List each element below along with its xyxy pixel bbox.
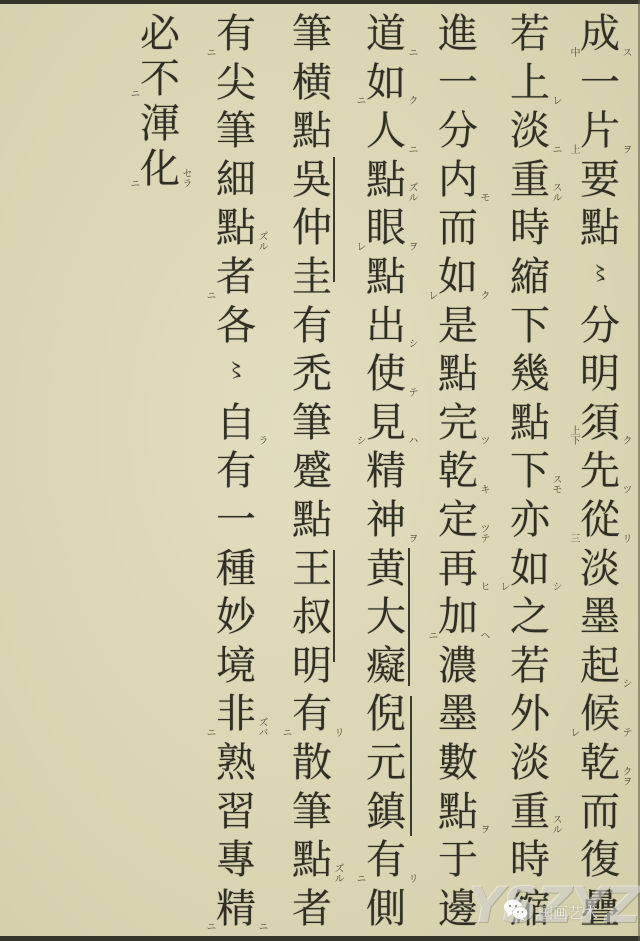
- glyph: 出: [366, 303, 406, 349]
- kana-annotation-right: ズバ: [256, 717, 267, 737]
- character: 筆: [284, 10, 340, 59]
- glyph: 淡: [510, 108, 550, 154]
- character: 一: [430, 59, 486, 108]
- glyph: 各: [216, 303, 256, 349]
- glyph: 是: [438, 303, 478, 349]
- character: 點: [572, 204, 628, 253]
- character: 淡: [572, 545, 628, 594]
- kana-annotation-left: 中: [568, 47, 579, 57]
- glyph: 分: [580, 303, 620, 349]
- character: 縮: [502, 253, 558, 302]
- kana-annotation-right: スモ: [550, 474, 561, 494]
- glyph: 一: [580, 60, 620, 106]
- glyph: 眼: [366, 205, 406, 251]
- character: 有リニ: [284, 690, 340, 739]
- character: 下: [502, 302, 558, 351]
- kana-annotation-right: ス: [620, 47, 631, 57]
- glyph: 如: [438, 254, 478, 300]
- glyph: 若: [510, 11, 550, 57]
- glyph: 點: [438, 789, 478, 835]
- glyph: 點: [438, 351, 478, 397]
- watermark-label: 国画艺术: [538, 902, 598, 923]
- kana-annotation-right: ヲ: [406, 241, 417, 251]
- glyph: 若: [510, 643, 550, 689]
- glyph: 叔: [292, 594, 332, 640]
- glyph: 濃: [438, 643, 478, 689]
- character: 點: [358, 253, 414, 302]
- character: 而: [572, 788, 628, 837]
- glyph: 起: [580, 643, 620, 689]
- character: 癡: [358, 642, 414, 691]
- kana-annotation-right: ズル: [406, 182, 417, 202]
- character: 點: [284, 496, 340, 545]
- glyph: 從: [580, 497, 620, 543]
- kana-annotation-right: シ: [406, 338, 417, 348]
- glyph: 點: [292, 837, 332, 883]
- kana-annotation-right: ク: [478, 290, 489, 300]
- glyph: 有: [292, 691, 332, 737]
- character: 要: [572, 156, 628, 205]
- character: 境: [208, 642, 264, 691]
- glyph: 點: [292, 108, 332, 154]
- kana-annotation-left: ニ: [426, 630, 437, 640]
- glyph: 點: [366, 254, 406, 300]
- character: 重スル: [502, 788, 558, 837]
- character: 圭: [284, 253, 340, 302]
- glyph: 有: [216, 448, 256, 494]
- character: 如シレ: [502, 545, 558, 594]
- kana-annotation-right: スル: [550, 182, 561, 202]
- character: 出シ: [358, 302, 414, 351]
- character: 點ズル: [284, 836, 340, 885]
- character: 内モ: [430, 156, 486, 205]
- character: 神ヲ: [358, 496, 414, 545]
- kana-annotation-left: レ: [498, 581, 509, 591]
- glyph: 明: [292, 643, 332, 689]
- glyph: 完: [438, 400, 478, 446]
- character: 淡: [502, 739, 558, 788]
- glyph: 蹙: [292, 448, 332, 494]
- glyph: 側: [366, 886, 406, 932]
- glyph: 縮: [510, 254, 550, 300]
- kana-annotation-left: ニ: [204, 727, 215, 737]
- glyph: 筆: [292, 789, 332, 835]
- glyph: 禿: [292, 351, 332, 397]
- kana-annotation-left: ニ: [204, 290, 215, 300]
- glyph: 尖: [216, 60, 256, 106]
- character: 起シ: [572, 642, 628, 691]
- kana-annotation-right: ク: [620, 435, 631, 445]
- character: 筆: [208, 107, 264, 156]
- character: 叔: [284, 593, 340, 642]
- glyph: 圭: [292, 254, 332, 300]
- glyph: 數: [438, 740, 478, 786]
- character: 熟: [208, 739, 264, 788]
- character: 點: [430, 350, 486, 399]
- character: 數: [430, 739, 486, 788]
- character: 片ヲ上: [572, 107, 628, 156]
- character: 渾: [132, 100, 188, 145]
- character: 道ニ: [358, 10, 414, 59]
- iteration-mark: 〻: [208, 350, 264, 399]
- character: 使テ: [358, 350, 414, 399]
- kana-annotation-right: ズル: [332, 863, 343, 883]
- glyph: 内: [438, 157, 478, 203]
- kana-annotation-right: ニ: [406, 47, 417, 57]
- kana-annotation-left: 三: [568, 533, 579, 543]
- character: 尖: [208, 59, 264, 108]
- glyph: 一: [438, 60, 478, 106]
- character: 側: [358, 885, 414, 934]
- text-column-1: 成ス中 一 片ヲ上 要 點 〻 分 明 須ク上下 先ツ 從リ三 淡 墨 起シ 候…: [572, 10, 628, 933]
- character: 散: [284, 739, 340, 788]
- kana-annotation-left: ニ: [280, 727, 291, 737]
- kana-annotation-right: ツ: [478, 435, 489, 445]
- glyph: 〻: [590, 261, 610, 285]
- kana-annotation-left: 上: [568, 144, 579, 154]
- character: 點ズル: [208, 204, 264, 253]
- glyph: 片: [580, 108, 620, 154]
- bottom-border-rule: [0, 936, 640, 941]
- character: 加ヘニ: [430, 593, 486, 642]
- glyph: 定: [438, 497, 478, 543]
- character: 不ニ: [132, 55, 188, 100]
- character: 幾: [502, 350, 558, 399]
- text-column-2: 若 上レ 淡ニ 重スル 時 縮 下 幾 點 下スモ 亦 如シレ 之 若 外 淡 …: [502, 10, 558, 933]
- kana-annotation-left: ニ: [128, 88, 139, 98]
- character: 如クレ: [430, 253, 486, 302]
- kana-annotation-right: モ: [478, 192, 489, 202]
- kana-annotation-right: ニ: [550, 144, 561, 154]
- glyph: 熟: [216, 740, 256, 786]
- kana-annotation-right: テ: [406, 387, 417, 397]
- glyph: 使: [366, 351, 406, 397]
- glyph: 化: [140, 146, 180, 192]
- character: 外: [502, 690, 558, 739]
- character: 倪: [358, 690, 414, 739]
- glyph: 點: [292, 497, 332, 543]
- glyph: 癡: [366, 643, 406, 689]
- character: 見ハシ: [358, 399, 414, 448]
- character: 筆: [284, 399, 340, 448]
- glyph: 一: [216, 497, 256, 543]
- kana-annotation-right: テ: [620, 727, 631, 737]
- glyph: 散: [292, 740, 332, 786]
- kana-annotation-left: ニ: [128, 178, 139, 188]
- glyph: 神: [366, 497, 406, 543]
- glyph: 〻: [226, 358, 246, 382]
- kana-annotation-right: ヲ: [478, 824, 489, 834]
- glyph: 境: [216, 643, 256, 689]
- glyph: 筆: [216, 108, 256, 154]
- kana-annotation-right: ヘ: [478, 630, 489, 640]
- character: 一: [208, 496, 264, 545]
- character: 有: [284, 302, 340, 351]
- character: 乾キ: [430, 447, 486, 496]
- text-column-7: 必 不ニ 渾 化セラニ: [132, 10, 188, 190]
- character: 時: [502, 204, 558, 253]
- character: 墨: [430, 690, 486, 739]
- proper-name-line-huang-dachi: [408, 548, 410, 686]
- kana-annotation-right: ツテ: [478, 523, 489, 543]
- character: 大: [358, 593, 414, 642]
- glyph: 點: [580, 205, 620, 251]
- character: 乾クヲ: [572, 739, 628, 788]
- character: 候テレ: [572, 690, 628, 739]
- character: 非ズバニ: [208, 690, 264, 739]
- text-column-4: 道ニ 如クニ 人ニ 點ズル 眼ヲレ 點 出シ 使テ 見ハシ 精 神ヲ 黄 大 癡…: [358, 10, 414, 933]
- text-column-5: 筆 横 點 吳 仲 圭 有 禿 筆 蹙 點 王 叔 明 有リニ 散 筆 點ズル …: [284, 10, 340, 933]
- character: 細: [208, 156, 264, 205]
- kana-annotation-right: リ: [406, 873, 417, 883]
- glyph: 點: [216, 205, 256, 251]
- glyph: 大: [366, 594, 406, 640]
- glyph: 倪: [366, 691, 406, 737]
- glyph: 渾: [140, 101, 180, 147]
- glyph: 元: [366, 740, 406, 786]
- character: 元: [358, 739, 414, 788]
- glyph: 而: [580, 789, 620, 835]
- glyph: 專: [216, 837, 256, 883]
- glyph: 之: [510, 594, 550, 640]
- glyph: 道: [366, 11, 406, 57]
- character: 化セラニ: [132, 145, 188, 190]
- character: 必: [132, 10, 188, 55]
- character: 點: [284, 107, 340, 156]
- glyph: 進: [438, 11, 478, 57]
- kana-annotation-left: レ: [354, 241, 365, 251]
- kana-annotation-right: リ: [332, 727, 343, 737]
- glyph: 筆: [292, 11, 332, 57]
- character: 妙: [208, 593, 264, 642]
- scanned-page: 成ス中 一 片ヲ上 要 點 〻 分 明 須ク上下 先ツ 從リ三 淡 墨 起シ 候…: [0, 0, 640, 941]
- glyph: 明: [580, 351, 620, 397]
- glyph: 乾: [438, 448, 478, 494]
- character: 仲: [284, 204, 340, 253]
- character: 黄: [358, 545, 414, 594]
- character: 點ズル: [358, 156, 414, 205]
- character: 墨: [572, 593, 628, 642]
- character: 精: [358, 447, 414, 496]
- glyph: 横: [292, 60, 332, 106]
- glyph: 必: [140, 11, 180, 57]
- character: 進: [430, 10, 486, 59]
- kana-annotation-right: ラ: [256, 435, 267, 445]
- glyph: 重: [510, 157, 550, 203]
- kana-annotation-right: キ: [478, 484, 489, 494]
- character: 之: [502, 593, 558, 642]
- character: 專: [208, 836, 264, 885]
- character: 而: [430, 204, 486, 253]
- character: 鎮: [358, 788, 414, 837]
- glyph: 候: [580, 691, 620, 737]
- character: 明: [572, 350, 628, 399]
- text-column-3: 進 一 分 内モ 而 如クレ 是 點 完ツ 乾キ 定ツテ 再ヒ 加ヘニ 濃 墨 …: [430, 10, 486, 933]
- kana-annotation-right: セラ: [180, 168, 191, 188]
- kana-annotation-left: ニ: [204, 921, 215, 931]
- glyph: 幾: [510, 351, 550, 397]
- kana-annotation-right: ヲ: [406, 533, 417, 543]
- character: 精ニニ: [208, 885, 264, 934]
- kana-annotation-left: ニ: [204, 47, 215, 57]
- glyph: 下: [510, 303, 550, 349]
- character: 王: [284, 545, 340, 594]
- kana-annotation-right: リ: [620, 533, 631, 543]
- character: 明: [284, 642, 340, 691]
- character: 再ヒ: [430, 545, 486, 594]
- character: 若: [502, 642, 558, 691]
- character: 眼ヲレ: [358, 204, 414, 253]
- glyph: 而: [438, 205, 478, 251]
- character: 一: [572, 59, 628, 108]
- glyph: 時: [510, 205, 550, 251]
- glyph: 亦: [510, 497, 550, 543]
- kana-annotation-right: ハ: [406, 435, 417, 445]
- iteration-mark: 〻: [572, 253, 628, 302]
- glyph: 不: [140, 56, 180, 102]
- glyph: 上: [510, 60, 550, 106]
- character: 若: [502, 10, 558, 59]
- glyph: 有: [366, 837, 406, 883]
- kana-annotation-right: シ: [620, 678, 631, 688]
- proper-name-line-wang-shuming: [333, 550, 335, 662]
- glyph: 非: [216, 691, 256, 737]
- character: 如クニ: [358, 59, 414, 108]
- glyph: 淡: [580, 546, 620, 592]
- glyph: 下: [510, 448, 550, 494]
- glyph: 須: [580, 400, 620, 446]
- glyph: 淡: [510, 740, 550, 786]
- character: 上レ: [502, 59, 558, 108]
- top-border-rule: [0, 0, 640, 4]
- character: 濃: [430, 642, 486, 691]
- kana-annotation-left: ニ: [354, 95, 365, 105]
- glyph: 種: [216, 546, 256, 592]
- glyph: 仲: [292, 205, 332, 251]
- kana-annotation-right: クヲ: [620, 766, 631, 786]
- character: 禿: [284, 350, 340, 399]
- character: 者: [284, 885, 340, 934]
- character: 重スル: [502, 156, 558, 205]
- character: 定ツテ: [430, 496, 486, 545]
- glyph: 習: [216, 789, 256, 835]
- character: 有ニ: [208, 10, 264, 59]
- glyph: 點: [510, 400, 550, 446]
- kana-annotation-right: ク: [406, 95, 417, 105]
- character: 各: [208, 302, 264, 351]
- glyph: 鎮: [366, 789, 406, 835]
- character: 人ニ: [358, 107, 414, 156]
- glyph: 有: [292, 303, 332, 349]
- character: 蹙: [284, 447, 340, 496]
- character: 須ク上下: [572, 399, 628, 448]
- character: 點: [502, 399, 558, 448]
- glyph: 如: [510, 546, 550, 592]
- kana-annotation-right: ツ: [620, 484, 631, 494]
- glyph: 妙: [216, 594, 256, 640]
- kana-annotation-left: 上下: [568, 425, 579, 445]
- glyph: 加: [438, 594, 478, 640]
- glyph: 精: [366, 448, 406, 494]
- character: 分: [430, 107, 486, 156]
- glyph: 者: [216, 254, 256, 300]
- character: 者ニ: [208, 253, 264, 302]
- kana-annotation-left: ニ: [354, 873, 365, 883]
- kana-annotation-right: スル: [550, 814, 561, 834]
- glyph: 點: [366, 157, 406, 203]
- glyph: 黄: [366, 546, 406, 592]
- glyph: 外: [510, 691, 550, 737]
- kana-annotation-left: レ: [426, 290, 437, 300]
- character: 成ス中: [572, 10, 628, 59]
- glyph: 重: [510, 789, 550, 835]
- glyph: 王: [292, 546, 332, 592]
- glyph: 要: [580, 157, 620, 203]
- character: 自ラ: [208, 399, 264, 448]
- character: 淡ニ: [502, 107, 558, 156]
- character: 種: [208, 545, 264, 594]
- wechat-icon: [503, 898, 529, 922]
- character: 筆: [284, 788, 340, 837]
- character: 横: [284, 59, 340, 108]
- character: 習: [208, 788, 264, 837]
- glyph: 再: [438, 546, 478, 592]
- character: 分: [572, 302, 628, 351]
- glyph: 有: [216, 11, 256, 57]
- kana-annotation-right: シ: [550, 581, 561, 591]
- kana-annotation-left: シ: [354, 435, 365, 445]
- character: 有リニ: [358, 836, 414, 885]
- glyph: 如: [366, 60, 406, 106]
- glyph: 見: [366, 400, 406, 446]
- glyph: 乾: [580, 740, 620, 786]
- kana-annotation-right: ニ: [256, 921, 267, 931]
- glyph: 人: [366, 108, 406, 154]
- glyph: 分: [438, 108, 478, 154]
- kana-annotation-right: ズル: [256, 231, 267, 251]
- glyph: 精: [216, 886, 256, 932]
- character: 點ヲ: [430, 788, 486, 837]
- character: 下スモ: [502, 447, 558, 496]
- proper-name-line-wu-zhonggui: [333, 157, 335, 282]
- character: 亦: [502, 496, 558, 545]
- character: 吳: [284, 156, 340, 205]
- glyph: 筆: [292, 400, 332, 446]
- kana-annotation-left: レ: [568, 727, 579, 737]
- character: 完ツ: [430, 399, 486, 448]
- character: 是: [430, 302, 486, 351]
- glyph: 成: [580, 11, 620, 57]
- glyph: 吳: [292, 157, 332, 203]
- character: 先ツ: [572, 447, 628, 496]
- kana-annotation-right: ヒ: [478, 581, 489, 591]
- glyph: 者: [292, 886, 332, 932]
- glyph: 細: [216, 157, 256, 203]
- text-column-6: 有ニ 尖 筆 細 點ズル 者ニ 各 〻 自ラ 有 一 種 妙 境 非ズバニ 熟 …: [208, 10, 264, 933]
- kana-annotation-right: レ: [550, 95, 561, 105]
- glyph: 先: [580, 448, 620, 494]
- glyph: 自: [216, 400, 256, 446]
- character: 從リ三: [572, 496, 628, 545]
- proper-name-line-ni-yuanzhen: [410, 696, 412, 836]
- glyph: 墨: [438, 691, 478, 737]
- glyph: 墨: [580, 594, 620, 640]
- character: 有: [208, 447, 264, 496]
- kana-annotation-right: ヲ: [620, 144, 631, 154]
- kana-annotation-right: ニ: [406, 144, 417, 154]
